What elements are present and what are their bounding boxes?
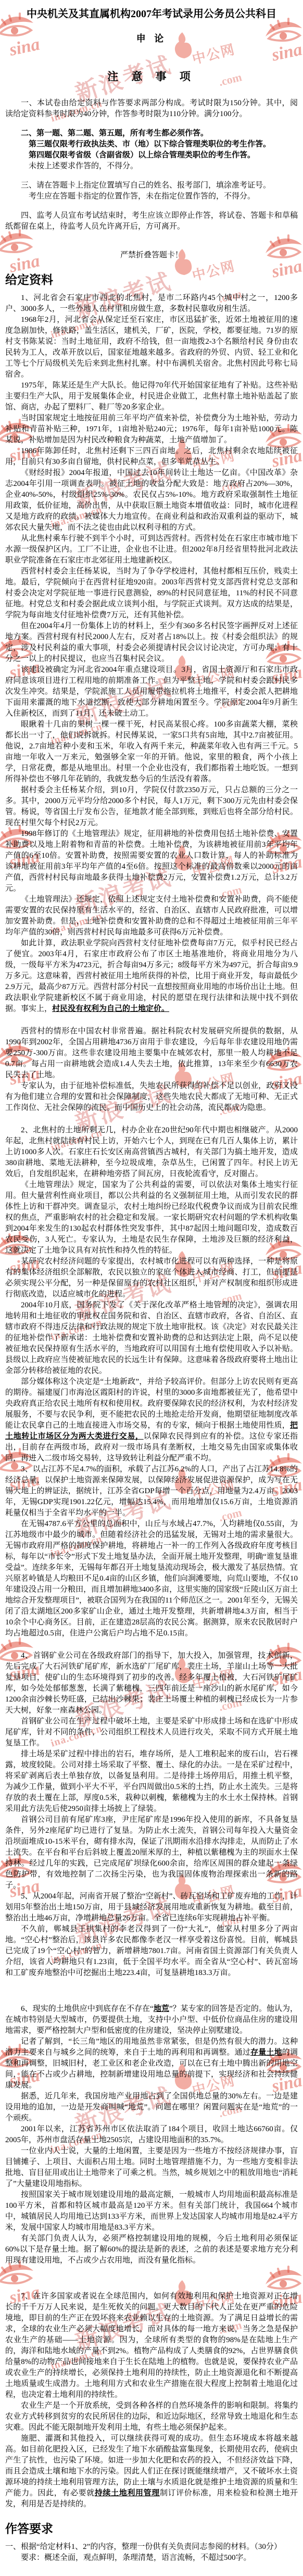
material-paragraph: 专家认为，由于征地补偿标准低，失地农民所获得的补偿不足以创业，政府又没有为他们建… xyxy=(5,1081,298,1114)
body-text: 眼瞅着十几亩的果树一棵一棵干死，村民高某很心疼。100多亩蔬菜大棚，菜秧都长出一… xyxy=(5,720,298,783)
body-text: 西营村的情形在中国农村非常普遍。据社科院农村发展研究所提供的数据，从1990年到… xyxy=(5,1027,298,1079)
material-paragraph: 当时国家规定土地按征用前三年平均产值来补偿，补偿费分为土地补贴，劳动力补贴和青苗… xyxy=(5,413,298,446)
material-paragraph: 西营村村委会主任杨某说，当时为了争夺学校进村，其他村都相互压价，贱卖土地。最后，… xyxy=(5,566,298,621)
emphasized-text: 持续土地利用管理 xyxy=(95,2489,160,2497)
material-paragraph: 2004年10月底，国务院下发了《关于深化改革严格土地管理的决定》，强调农用地转… xyxy=(5,1300,298,1377)
material-paragraph: 从北焦村乘车行驶不到半个小时，可到达西营村。西营村处在石家庄市城市地下水源一级保… xyxy=(5,533,298,566)
body-text: 一位业内人士说，大量的土地闲置，主要是因为一些地方不按经济规律办事，盲目铺摊子、… xyxy=(5,2147,298,2188)
body-text: 据悉，近几年来，我国房地产业用地占到了全国供地总量的30%左右。一边是建设用地的… xyxy=(5,2092,298,2122)
body-text: 6、现实的土地供应中到底存在不存在“ xyxy=(21,2005,154,2013)
material-paragraph: 有关部门负责人认为，必须严格控制建设用地的规模，今后土地利用必须保证60%以下是… xyxy=(5,2233,298,2266)
material-paragraph: 6、现实的土地供应中到底存在不存在“地荒”？某专家的回答是否定的。他认为，在城市… xyxy=(5,2004,298,2036)
material-paragraph: 一位业内人士说，大量的土地闲置，主要是因为一些地方不按经济规律办事，盲目铺摊子、… xyxy=(5,2146,298,2190)
body-text: 1968年2月，河北省会从保定迁至石家庄，市区迅猛扩张，近郊土地被征用的速度急剧… xyxy=(5,316,298,379)
notice-line: 二、第一题、第二题、第五题，所有考生都必须作答。 xyxy=(21,128,298,139)
body-text: 2004年10月底，国务院下发了《关于深化改革严格土地管理的决定》，强调农用地转… xyxy=(5,1301,298,1375)
material-paragraph: 记者了解到，“长三角”地区的用地虽然非常紧张，但是仍然有很大的潜力。这种潜力主要… xyxy=(5,2036,298,2091)
body-text: 2001年以来，江苏省苏州市区依法取消了184个项目，收回土地达66760亩。仅… xyxy=(5,2125,298,2144)
body-text: 施肥、灌溉和其他投入，可以继续获得可观的成功。但生态环境成本将越来越高。如目前化… xyxy=(5,2434,298,2497)
notices-section: 一、本试卷由给定资料与作答要求两部分构成。考试时限为150分钟。其中，阅读给定资… xyxy=(5,98,298,232)
notice-paragraph: 四、监考人员宣布考试结束时，考生应该立即停止作答，将试卷、答题卡和草稿纸都留在桌… xyxy=(5,210,298,232)
material-paragraph: 1968年2月，河北省会从保定迁至石家庄，市区迅猛扩张，近郊土地被征用的速度急剧… xyxy=(5,315,298,380)
body-text: 1998年修订的《土地管理法》规定，征用耕地的补偿费用包括土地补偿费、安置补助费… xyxy=(5,830,298,893)
material-paragraph: 1986年陈卸任时，北焦村还剩下三四百亩地。之后，北焦村剩余农地陆续被征用，目前… xyxy=(5,446,298,468)
notice-item: 四、监考人员宣布考试结束时，考生应该立即停止作答，将试卷、答题卡和草稿纸都留在桌… xyxy=(5,210,298,232)
body-text: 该建设被确定为河北省2004年重点建设项目。3月，省国土资源厅和石家庄市政府同意… xyxy=(5,666,298,718)
material-paragraph: 《财经时报》2004年报道，中国过去10年间转让土地达一亿亩。《中国改革》杂志2… xyxy=(5,468,298,533)
notice-line: 三、请在答题卡上指定位置填写自己的姓名、报考部门，填涂准考证号。 xyxy=(21,180,298,191)
material-paragraph: 但在2004年4月一份集体上访的材料上，至少有360多名村民签字画押反对上述征地… xyxy=(5,621,298,665)
body-text: 如此计算，政法职业学院向西营村支付征地补偿费每亩7万元，似乎村民已经占了便宜。2… xyxy=(5,939,298,1013)
requirements-section: 一、根据“给定材料1、2”的内容，整理一份供有关负责同志参阅的材料。（30分）要… xyxy=(5,2542,298,2564)
body-text: 在无锡4787.6平方公里的总面积中，山丘与水域占47.7%，人均耕地仅0.55… xyxy=(5,1520,298,1637)
material-paragraph: 4、首钢矿业公司在各级政府部门的指导下，加大投入，加强管理，技术创新，先后完成了… xyxy=(5,1650,298,1716)
body-text: 《土地管理法》规定，国家为了公共利益的需要，可以依法对集体土地实行征用。但大量营… xyxy=(5,1181,298,1255)
material-paragraph: 3、以占江苏不足4.7%的面积，承载了占江苏6.2%的人口，产出了占江苏14.8… xyxy=(5,1464,298,1519)
body-text: 某研究农村经济问题的专家提出，农村城市化进程可以有两种选择，一种是将原有的集体经… xyxy=(5,1257,298,1298)
notice-line: 考生应在答题卡指定的位置作答，未在指定位置作答的，不得分。 xyxy=(29,191,298,202)
material-paragraph: 据村委会主任杨某介绍，到10月，学院仅付款2350万元，只占总额的三分之一多。其… xyxy=(5,785,298,829)
requirement-line: 一、根据“给定材料1、2”的内容，整理一份供有关负责同志参阅的材料。（30分） xyxy=(5,2542,298,2553)
emphasized-text: 地荒 xyxy=(154,2005,169,2013)
material-paragraph: 部分媒体称这个决定是“土地新政”，并给予较高评价。但部分上访农民则有更高的期待。… xyxy=(5,1377,298,1464)
body-text: 有关部门负责人认为，必须严格控制建设用地的规模，今后土地利用必须保证60%以下是… xyxy=(5,2234,298,2265)
material-paragraph: 不久前，郸城县王拱集村的李老汉得到了一份“大礼”，他家从村里多分了两亩地。“空心… xyxy=(5,1924,298,1979)
page-title: 中央机关及其直属机构2007年考试录用公务员公共科目 xyxy=(5,7,298,21)
material-paragraph: 《土地管理法》规定，国家为了公共利益的需要，可以依法对集体土地实行征用。但大量营… xyxy=(5,1180,298,1256)
material-paragraph: 某研究农村经济问题的专家提出，农村城市化进程可以有两种选择，一种是将原有的集体经… xyxy=(5,1256,298,1300)
material-paragraph: 7、在许多国家或者说在全球范围内，如何有效地利用和保护土地资源对正在增长的千千万… xyxy=(5,2291,298,2400)
material-paragraph: 首钢矿业公司在生产过程中破坏土地，主要是采矿中形成排土场和在选矿中形成尾矿库，针… xyxy=(5,1716,298,1749)
materials-heading: 给定资料 xyxy=(5,274,298,285)
material-paragraph: 1975年，陈某还是生产大队长。他记得70年代开始国家征地有了补贴。这些补贴主要… xyxy=(5,380,298,413)
body-text: 4、首钢矿业公司在各级政府部门的指导下，加大投入，加强管理，技术创新，先后完成了… xyxy=(5,1652,298,1715)
notice-paragraph: 一、本试卷由给定资料与作答要求两部分构成。考试时限为150分钟。其中，阅读给定资… xyxy=(5,98,298,120)
body-text: 1986年陈卸任时，北焦村还剩下三四百亩地。之后，北焦村剩余农地陆续被征用，目前… xyxy=(5,447,298,466)
body-text: 5、从2004年起，河南省开展了整治“空新村”、砖瓦窑场和工矿废弃地的工作，计划… xyxy=(5,1892,298,1922)
notice-line: 第三题仅限考行政执法类、市（地）以下综合管理类职位的考生作答。 xyxy=(29,139,298,150)
material-paragraph: 据悉，近几年来，我国房地产业用地占到了全国供地总量的30%左右。一边是建设用地的… xyxy=(5,2091,298,2124)
body-text: 农业生产是一个开放系统，受到各种各样的自然环境条件的影响和限制。将集约农业方式转… xyxy=(5,2402,298,2432)
material-paragraph: 在无锡4787.6平方公里的总面积中，山丘与水域占47.7%，人均耕地仅0.55… xyxy=(5,1519,298,1639)
requirement-item: 一、根据“给定材料1、2”的内容，整理一份供有关负责同志参阅的材料。（30分）要… xyxy=(5,2542,298,2564)
material-paragraph: 施肥、灌溉和其他投入，可以继续获得可观的成功。但生态环境成本将越来越高。如目前化… xyxy=(5,2433,298,2510)
material-paragraph: 1998年修订的《土地管理法》规定，征用耕地的补偿费用包括土地补偿费、安置补助费… xyxy=(5,829,298,894)
notice-line: 第四题仅限考省级（含副省级）以上综合管理类职位的考生作答。 xyxy=(29,150,298,161)
body-text: 当时国家规定土地按征用前三年平均产值来补偿，补偿费分为土地补贴，劳动力补贴和青苗… xyxy=(5,414,298,444)
exam-subject-title: 申 论 xyxy=(5,33,298,44)
notices-heading: 注 意 事 项 xyxy=(5,71,298,82)
emphasized-text: 存量土地 xyxy=(250,2048,282,2057)
body-text: 部分媒体称这个决定是“土地新政”，并给予较高评价。但部分上访农民则有更高的期待。… xyxy=(5,1378,298,1430)
body-text: 3、以占江苏不足4.7%的面积，承载了占江苏6.2%的人口，产出了占江苏14.8… xyxy=(5,1465,298,1517)
answer-sheet-warning: 严禁折叠答题卡！ xyxy=(5,250,298,261)
emphasized-text: 村民没有权利为自己的土地定价。 xyxy=(52,1005,169,1013)
body-text: 《财经时报》2004年报道，中国过去10年间转让土地达一亿亩。《中国改革》杂志2… xyxy=(5,469,298,532)
notice-item: 二、第一题、第二题、第五题，所有考生都必须作答。第三题仅限考行政执法类、市（地）… xyxy=(5,128,298,172)
body-text: 但在2004年4月一份集体上访的材料上，至少有360多名村民签字画押反对上述征地… xyxy=(5,622,298,663)
document-content: 中央机关及其直属机构2007年考试录用公务员公共科目 申 论 注 意 事 项 一… xyxy=(0,0,303,2576)
notice-line: 未按上述要求作答的，不得分。 xyxy=(29,161,298,172)
notice-item: 一、本试卷由给定资料与作答要求两部分构成。考试时限为150分钟。其中，阅读给定资… xyxy=(5,98,298,120)
body-text: 首钢矿业公司在生产过程中破坏土地，主要是采矿中形成排土场和在选矿中形成尾矿库，针… xyxy=(5,1717,298,1747)
body-text: 1、河北省会石家庄市西北的北焦村，是市二环路内45个城中村之一，1200多户、3… xyxy=(5,294,298,313)
exam-document-page: sina新浪考试ina.com.cn中公网.comsinasina新浪考试ina… xyxy=(0,0,303,2576)
material-paragraph: 首钢公司目前有尾矿库3座，尹庄尾矿库是1996年投入使用的新库，不具备复垦条件，… xyxy=(5,1815,298,1891)
material-paragraph: 农业生产是一个开放系统，受到各种各样的自然环境条件的影响和限制。将集约农业方式转… xyxy=(5,2400,298,2433)
material-paragraph: 2、北焦村的土地所剩无几，村办企业在20世纪90年代中期也相继破产。从2000年… xyxy=(5,1125,298,1180)
body-text: 2、北焦村的土地所剩无几，村办企业在20世纪90年代中期也相继破产。从2000年… xyxy=(5,1126,298,1178)
body-text: 1975年，陈某还是生产大队长。他记得70年代开始国家征地有了补贴。这些补贴主要… xyxy=(5,381,298,411)
body-text: 7、在许多国家或者说在全球范围内，如何有效地利用和保护土地资源对正在增长的千千万… xyxy=(5,2292,298,2399)
body-text: 不久前，郸城县王拱集村的李老汉得到了一份“大礼”，他家从村里多分了两亩地。“空心… xyxy=(5,1925,298,1977)
body-text: 据村委会主任杨某介绍，到10月，学院仅付款2350万元，只占总额的三分之一多。其… xyxy=(5,786,298,827)
requirements-heading: 作答要求 xyxy=(5,2523,298,2534)
material-paragraph: 排土场是采矿过程中排出的岩石，堆存场所，是人工堆积起来的废石山，岩石裸露，坡度较… xyxy=(5,1749,298,1815)
material-paragraph: 如此计算，政法职业学院向西营村支付征地补偿费每亩7万元，似乎村民已经占了便宜。2… xyxy=(5,938,298,1015)
material-paragraph: 按照国家关于城市规划建设用地的最高定额，一般城市人均用地面积最高标准是100平方… xyxy=(5,2190,298,2233)
material-paragraph: 5、从2004年起，河南省开展了整治“空新村”、砖瓦窑场和工矿废弃地的工作，计划… xyxy=(5,1891,298,1924)
material-paragraph: 《土地管理法》还规定，依照上述规定支付土地补偿费和安置补助费，尚不能使需要安置的… xyxy=(5,894,298,938)
notice-item: 三、请在答题卡上指定位置填写自己的姓名、报考部门，填涂准考证号。考生应在答题卡指… xyxy=(5,180,298,202)
body-text: 首钢公司目前有尾矿库3座，尹庄尾矿库是1996年投入使用的新库，不具备复垦条件，… xyxy=(5,1816,298,1890)
body-text: 西营村村委会主任杨某说，当时为了争夺学校进村，其他村都相互压价，贱卖土地。最后，… xyxy=(5,567,298,619)
material-paragraph: 2001年以来，江苏省苏州市区依法取消了184个项目，收回土地达66760亩。仅… xyxy=(5,2124,298,2146)
materials-section: 1、河北省会石家庄市西北的北焦村，是市二环路内45个城中村之一，1200多户、3… xyxy=(5,293,298,2510)
body-text: 从北焦村乘车行驶不到半个小时，可到达西营村。西营村处在石家庄市城市地下水源一级保… xyxy=(5,534,298,565)
body-text: 排土场是采矿过程中排出的岩石，堆存场所，是人工堆积起来的废石山，岩石裸露，坡度较… xyxy=(5,1750,298,1813)
material-paragraph: 1、河北省会石家庄市西北的北焦村，是市二环路内45个城中村之一，1200多户、3… xyxy=(5,293,298,315)
requirement-line: 要求：概述全面，观点鲜明，条理清楚，语言流畅，不超过500字。 xyxy=(21,2553,298,2564)
body-text: 《土地管理法》还规定，依照上述规定支付土地补偿费和安置补助费，尚不能使需要安置的… xyxy=(5,895,298,936)
material-paragraph: 西营村的情形在中国农村非常普遍。据社科院农村发展研究所提供的数据，从1990年到… xyxy=(5,1026,298,1081)
material-paragraph: 眼瞅着十几亩的果树一棵一棵干死，村民高某很心疼。100多亩蔬菜大棚，菜秧都长出一… xyxy=(5,719,298,785)
body-text: 专家认为，由于征地补偿标准低，失地农民所获得的补偿不足以创业，政府又没有为他们建… xyxy=(5,1082,298,1112)
material-paragraph: 该建设被确定为河北省2004年重点建设项目。3月，省国土资源厅和石家庄市政府同意… xyxy=(5,665,298,719)
body-text: 按照国家关于城市规划建设用地的最高定额，一般城市人均用地面积最高标准是100平方… xyxy=(5,2191,298,2232)
